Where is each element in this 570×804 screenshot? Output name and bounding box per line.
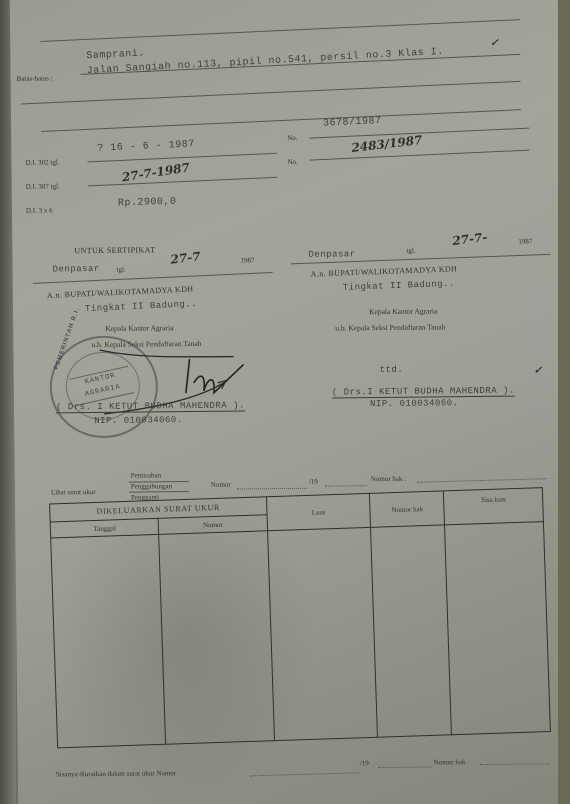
right-section: u.b. Kepala Seksi Pendaftaran Tanah bbox=[335, 322, 445, 332]
left-signatory-name: ( Drs. I KETUT BUDHA MAHENDRA ). bbox=[56, 400, 245, 413]
option-penggabungan: Penggabungan bbox=[131, 482, 172, 490]
right-signatory-name: ( Drs.I KETUT BUDHA MAHENDRA ). bbox=[332, 386, 515, 399]
fee-amount: Rp.2900,0 bbox=[118, 197, 177, 210]
footer-nomor-hak-blank bbox=[480, 763, 550, 765]
form-rule bbox=[40, 19, 520, 42]
right-office: Kepala Kantor Agraria bbox=[369, 306, 437, 316]
form-rule bbox=[21, 81, 521, 105]
table-row bbox=[51, 522, 551, 748]
lihat-surat-ukur-label: Lihat surat ukur bbox=[51, 488, 96, 496]
cell-nomor bbox=[159, 531, 274, 744]
right-date-handwritten: 27-7- bbox=[452, 230, 488, 248]
dl307-label: D.I. 307 tgl. bbox=[26, 182, 60, 190]
batas-line-1: Samprani. bbox=[86, 48, 145, 62]
cell-sisa-luas bbox=[445, 522, 551, 735]
left-an-line: A.n. BUPATI/WALIKOTAMADYA KDH bbox=[47, 284, 194, 300]
footer-label: Sisanya diuraikan dalam surat ukur Nomor bbox=[56, 769, 176, 778]
dl307-no-label: No. bbox=[287, 158, 297, 166]
dl302-label: D.I. 302 tgl. bbox=[25, 158, 59, 166]
right-signatory-nip: NIP. 010034060. bbox=[370, 398, 459, 409]
land-certificate-page: Batas-batas : Samprani. Jalan Sangiah no… bbox=[10, 0, 566, 804]
dl3x-label: D.I. 3 x 6 bbox=[26, 206, 53, 214]
left-signatory-nip: NIP. 010034060. bbox=[94, 415, 183, 426]
untuk-sertipikat-heading: UNTUK SERTIPIKAT bbox=[74, 245, 155, 255]
cell-luas bbox=[267, 527, 377, 740]
check-mark: ✓ bbox=[534, 365, 543, 376]
col-sisa-luas: Sisa luas bbox=[444, 488, 544, 525]
page-shadow-right bbox=[558, 0, 570, 804]
form-rule bbox=[88, 177, 278, 187]
dl302-date: ? 16 - 6 - 1987 bbox=[97, 139, 195, 154]
right-place: Denpasar bbox=[308, 249, 355, 259]
right-an-line: A.n. BUPATI/WALIKOTAMADYA KDH bbox=[311, 264, 458, 278]
left-region: Tingkat II Badung.. bbox=[85, 299, 197, 314]
batas-label: Batas-batas : bbox=[17, 74, 53, 82]
lihat-nomor-hak-label: Nomor hak : bbox=[371, 475, 406, 483]
right-year: 1987 bbox=[518, 237, 532, 245]
col-luas: Luas bbox=[266, 493, 371, 530]
cell-tanggal bbox=[51, 534, 166, 747]
footer-year-blank bbox=[378, 767, 432, 769]
lihat-year-prefix: /19 bbox=[309, 478, 318, 486]
year-blank bbox=[325, 485, 367, 486]
left-tgl-label: tgl. bbox=[117, 266, 126, 274]
lihat-nomor-label: Nomor bbox=[211, 481, 231, 489]
right-tgl-label: tgl. bbox=[406, 247, 415, 255]
dl302-no-label: No. bbox=[287, 134, 297, 142]
form-rule bbox=[41, 109, 521, 132]
check-mark: ✓ bbox=[490, 38, 499, 49]
footer-year-prefix: /19 bbox=[360, 759, 369, 767]
nomor-blank bbox=[237, 488, 307, 490]
right-region: Tingkat II Badung.. bbox=[343, 279, 455, 293]
left-date-handwritten: 27-7 bbox=[170, 249, 201, 266]
form-rule bbox=[310, 150, 530, 161]
col-nomor-hak: Nomor hak bbox=[370, 491, 445, 527]
nomor-hak-blank bbox=[417, 478, 547, 483]
cell-nomor-hak bbox=[371, 525, 452, 737]
surat-ukur-table: DIKELUARKAN SURAT UKUR Luas Nomor hak Si… bbox=[49, 487, 551, 748]
right-ttd: ttd. bbox=[380, 365, 404, 375]
option-pemisahan: Pemisahan bbox=[131, 471, 161, 479]
footer-nomor-blank bbox=[250, 772, 360, 776]
dl302-number: 3678/1987 bbox=[323, 116, 382, 130]
left-year: 1987 bbox=[240, 256, 254, 264]
footer-nomor-hak-label: Nomor hak bbox=[434, 758, 466, 766]
left-place: Denpasar bbox=[53, 264, 100, 274]
left-office: Kepala Kantor Agraria bbox=[105, 323, 173, 333]
